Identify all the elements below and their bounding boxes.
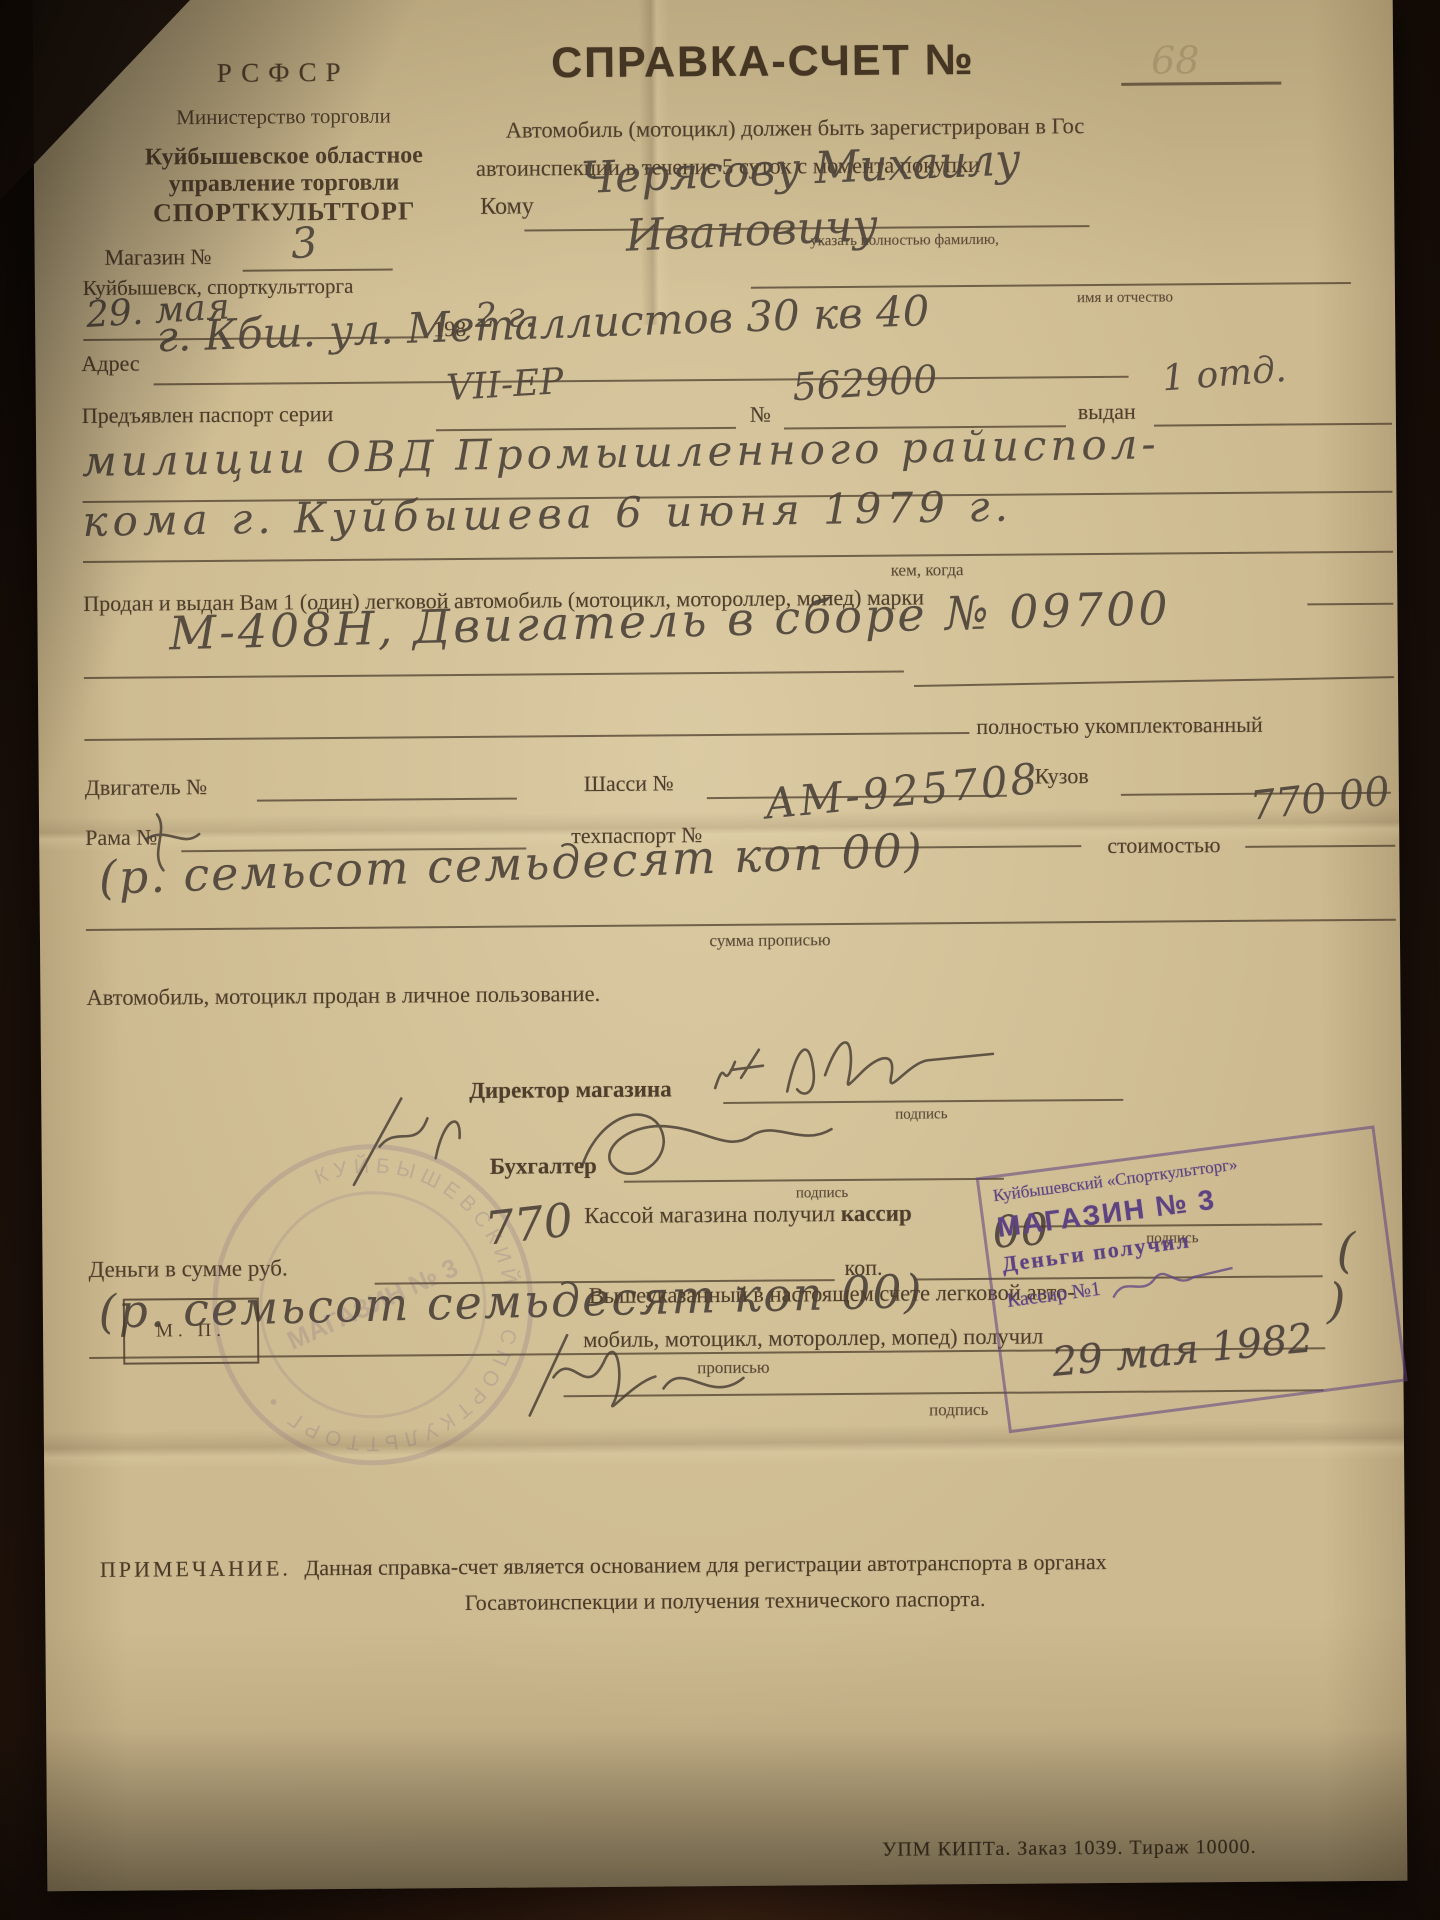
brand-lead-line — [1307, 603, 1393, 606]
to-patronymic-caption: имя и отчество — [995, 289, 1255, 308]
title-number-faint: 68 — [1151, 38, 1200, 82]
issued-line — [1154, 423, 1392, 427]
cashier-stamp: Куйбышевский «Спорткультторг» МАГАЗИН № … — [976, 1125, 1408, 1433]
to-name-value: Черясову Михаилу — [580, 134, 1022, 204]
org-line1: Куйбышевское областное — [74, 142, 494, 172]
passport-number-value: 562900 — [791, 357, 938, 410]
print-footer: УПМ КИПТа. Заказ 1039. Тираж 10000. — [882, 1836, 1257, 1862]
cost-line — [1245, 845, 1395, 848]
document-title: СПРАВКА-СЧЕТ № — [551, 36, 975, 88]
address-line — [154, 376, 1129, 386]
cashier-bold-text: кассир — [841, 1201, 912, 1227]
stamp-date-written: 29 мая 1982 — [1050, 1315, 1315, 1386]
brand-line-a — [84, 671, 904, 679]
address-label: Адрес — [81, 351, 139, 377]
cost-words-line — [86, 919, 1396, 931]
to-patronymic-value: Ивановичу — [624, 200, 878, 262]
cost-label: стоимостью — [1107, 832, 1220, 859]
engine-label: Двигатель № — [85, 774, 207, 801]
ministry-label: Министерство торговли — [73, 103, 493, 131]
note-label: ПРИМЕЧАНИЕ. — [100, 1555, 291, 1581]
org-name: СПОРТКУЛЬТТОРГ — [74, 196, 494, 229]
photo-background: РСФСР Министерство торговли Куйбышевское… — [0, 0, 1440, 1920]
issued-line2-value: милиции ОВД Промышленного райиспол- — [82, 419, 1160, 486]
cost-words-caption: сумма прописью — [650, 930, 890, 952]
note-line1: Данная справка-счет является основанием … — [304, 1549, 1107, 1580]
issued-value: 1 отд. — [1161, 349, 1288, 400]
title-number-line — [1121, 82, 1281, 86]
personal-use-line: Автомобиль, мотоцикл продан в личное пол… — [86, 981, 600, 1011]
store-number-value: 3 — [289, 217, 319, 268]
to-patronymic-line — [751, 282, 1351, 289]
mp-label: М. П. — [156, 1320, 226, 1343]
cost-words-value: (р. семьсот семьдесят коп 00) — [98, 823, 925, 905]
engine-line — [257, 798, 517, 802]
received-signature — [513, 1317, 814, 1429]
to-label: Кому — [480, 193, 534, 220]
blank-line — [84, 732, 969, 741]
cost-value: 770 00 — [1248, 768, 1392, 829]
techpassport-value: АМ-925708 — [762, 754, 1042, 829]
note-line2: Госавтоинспекции и получения техническог… — [100, 1583, 1350, 1619]
document-paper: РСФСР Министерство торговли Куйбышевское… — [33, 0, 1408, 1891]
stamp-cashier-text: Кассир №1 — [1006, 1278, 1103, 1312]
passport-no-sign: № — [750, 402, 771, 428]
issued-line3-rule — [83, 551, 1393, 563]
passport-series-value: VII-ЕР — [445, 361, 564, 409]
money-rub-value: 770 — [482, 1192, 575, 1256]
issued-caption: кем, когда — [817, 559, 1037, 581]
brand-line-b — [914, 676, 1394, 687]
republic-label: РСФСР — [73, 56, 493, 90]
org-line2: управление торговли — [74, 169, 494, 199]
note-block: ПРИМЕЧАНИЕ. Данная справка-счет является… — [100, 1547, 1350, 1619]
store-number-label: Магазин № — [105, 244, 212, 271]
complete-caption: полностью укомплектованный — [976, 712, 1263, 740]
chassis-label: Шасси № — [584, 770, 674, 797]
body-label: Кузов — [1035, 763, 1089, 789]
accountant-label: Бухгалтер — [490, 1153, 597, 1180]
store-number-line — [243, 269, 393, 272]
issued-line3-value: кома г. Куйбышева 6 июня 1979 г. — [82, 482, 1013, 546]
issuer-block: РСФСР Министерство торговли Куйбышевское… — [73, 56, 494, 229]
passport-label: Предъявлен паспорт серии — [82, 401, 334, 429]
cashier-line-label: Кассой магазина получил кассир — [584, 1201, 912, 1230]
mp-seal-box: М. П. — [123, 1298, 260, 1365]
cashier-line-text: Кассой магазина получил — [584, 1201, 835, 1228]
money-label: Деньги в сумме руб. — [88, 1255, 287, 1283]
